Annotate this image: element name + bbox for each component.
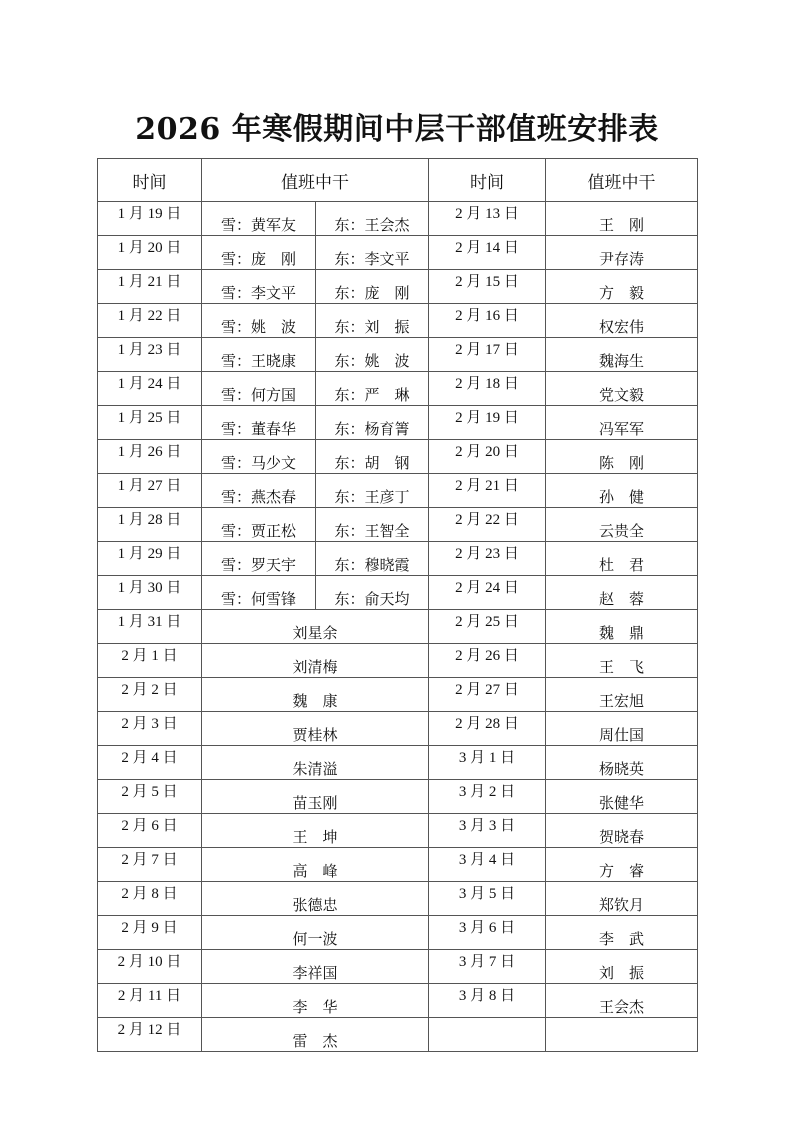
dong-duty-cell: 东：王彦丁: [316, 474, 429, 508]
table-row: 2 月 12 日雷 杰: [98, 1018, 698, 1052]
right-date-cell: 2 月 20 日: [429, 440, 546, 474]
left-date-cell: 1 月 21 日: [98, 270, 202, 304]
xue-duty-cell: 雪：庞 刚: [202, 236, 316, 270]
left-date-cell: 1 月 20 日: [98, 236, 202, 270]
table-row: 2 月 9 日何一波3 月 6 日李 武: [98, 916, 698, 950]
table-row: 2 月 11 日李 华3 月 8 日王会杰: [98, 984, 698, 1018]
right-date-cell: 3 月 1 日: [429, 746, 546, 780]
table-row: 1 月 26 日雪：马少文东：胡 钢2 月 20 日陈 刚: [98, 440, 698, 474]
left-date-cell: 1 月 22 日: [98, 304, 202, 338]
left-date-cell: 2 月 12 日: [98, 1018, 202, 1052]
left-date-cell: 1 月 24 日: [98, 372, 202, 406]
dong-duty-cell: 东：庞 刚: [316, 270, 429, 304]
right-date-cell: 2 月 23 日: [429, 542, 546, 576]
header-time-left: 时间: [98, 159, 202, 202]
dong-duty-cell: 东：王智全: [316, 508, 429, 542]
right-date-cell: 2 月 25 日: [429, 610, 546, 644]
left-duty-cell: 刘清梅: [202, 644, 429, 678]
right-date-cell: 2 月 28 日: [429, 712, 546, 746]
table-row: 2 月 3 日贾桂林2 月 28 日周仕国: [98, 712, 698, 746]
right-duty-cell: 王 飞: [546, 644, 698, 678]
right-duty-cell: 冯军军: [546, 406, 698, 440]
dong-duty-cell: 东：王会杰: [316, 202, 429, 236]
left-date-cell: 1 月 30 日: [98, 576, 202, 610]
right-duty-cell: 魏海生: [546, 338, 698, 372]
table-row: 2 月 2 日魏 康2 月 27 日王宏旭: [98, 678, 698, 712]
header-time-right: 时间: [429, 159, 546, 202]
left-date-cell: 1 月 28 日: [98, 508, 202, 542]
left-date-cell: 1 月 25 日: [98, 406, 202, 440]
xue-duty-cell: 雪：马少文: [202, 440, 316, 474]
table-row: 2 月 1 日刘清梅2 月 26 日王 飞: [98, 644, 698, 678]
left-date-cell: 2 月 8 日: [98, 882, 202, 916]
table-row: 1 月 21 日雪：李文平东：庞 刚2 月 15 日方 毅: [98, 270, 698, 304]
left-date-cell: 2 月 5 日: [98, 780, 202, 814]
xue-duty-cell: 雪：何雪锋: [202, 576, 316, 610]
right-date-cell: 3 月 3 日: [429, 814, 546, 848]
xue-duty-cell: 雪：黄军友: [202, 202, 316, 236]
right-duty-cell: 云贵全: [546, 508, 698, 542]
right-duty-cell: 刘 振: [546, 950, 698, 984]
left-date-cell: 1 月 19 日: [98, 202, 202, 236]
right-duty-cell: 党文毅: [546, 372, 698, 406]
table-row: 1 月 28 日雪：贾正松东：王智全2 月 22 日云贵全: [98, 508, 698, 542]
right-date-cell: 3 月 2 日: [429, 780, 546, 814]
right-duty-cell: 方 睿: [546, 848, 698, 882]
duty-roster-table: 时间 值班中干 时间 值班中干 1 月 19 日雪：黄军友东：王会杰2 月 13…: [97, 158, 698, 1052]
left-date-cell: 2 月 9 日: [98, 916, 202, 950]
right-date-cell: 3 月 4 日: [429, 848, 546, 882]
left-date-cell: 2 月 10 日: [98, 950, 202, 984]
right-date-cell: 2 月 27 日: [429, 678, 546, 712]
left-date-cell: 1 月 27 日: [98, 474, 202, 508]
right-date-cell: 2 月 18 日: [429, 372, 546, 406]
right-date-cell: 3 月 8 日: [429, 984, 546, 1018]
right-duty-cell: 魏 鼎: [546, 610, 698, 644]
dong-duty-cell: 东：姚 波: [316, 338, 429, 372]
right-date-cell: 2 月 16 日: [429, 304, 546, 338]
right-duty-cell: 王 刚: [546, 202, 698, 236]
right-duty-cell: 张健华: [546, 780, 698, 814]
table-row: 1 月 25 日雪：董春华东：杨育箐2 月 19 日冯军军: [98, 406, 698, 440]
table-row: 1 月 19 日雪：黄军友东：王会杰2 月 13 日王 刚: [98, 202, 698, 236]
left-duty-cell: 何一波: [202, 916, 429, 950]
dong-duty-cell: 东：杨育箐: [316, 406, 429, 440]
right-date-cell: 2 月 24 日: [429, 576, 546, 610]
left-duty-cell: 朱清溢: [202, 746, 429, 780]
xue-duty-cell: 雪：贾正松: [202, 508, 316, 542]
left-date-cell: 1 月 26 日: [98, 440, 202, 474]
xue-duty-cell: 雪：罗天宇: [202, 542, 316, 576]
xue-duty-cell: 雪：何方国: [202, 372, 316, 406]
table-row: 1 月 31 日刘星余2 月 25 日魏 鼎: [98, 610, 698, 644]
dong-duty-cell: 东：刘 振: [316, 304, 429, 338]
dong-duty-cell: 东：俞天均: [316, 576, 429, 610]
right-duty-cell: 贺晓春: [546, 814, 698, 848]
right-duty-cell: 郑钦月: [546, 882, 698, 916]
left-duty-cell: 苗玉刚: [202, 780, 429, 814]
right-date-cell: 2 月 15 日: [429, 270, 546, 304]
left-date-cell: 1 月 31 日: [98, 610, 202, 644]
table-row: 1 月 29 日雪：罗天宇东：穆晓霞2 月 23 日杜 君: [98, 542, 698, 576]
right-duty-cell: 尹存涛: [546, 236, 698, 270]
left-duty-cell: 李 华: [202, 984, 429, 1018]
table-row: 2 月 10 日李祥国3 月 7 日刘 振: [98, 950, 698, 984]
table-row: 2 月 6 日王 坤3 月 3 日贺晓春: [98, 814, 698, 848]
left-duty-cell: 张德忠: [202, 882, 429, 916]
right-date-cell: 2 月 14 日: [429, 236, 546, 270]
left-duty-cell: 李祥国: [202, 950, 429, 984]
left-date-cell: 2 月 6 日: [98, 814, 202, 848]
right-date-cell: 2 月 13 日: [429, 202, 546, 236]
table-row: 2 月 7 日高 峰3 月 4 日方 睿: [98, 848, 698, 882]
right-date-cell: 2 月 26 日: [429, 644, 546, 678]
left-date-cell: 1 月 23 日: [98, 338, 202, 372]
right-date-cell: [429, 1018, 546, 1052]
left-date-cell: 2 月 11 日: [98, 984, 202, 1018]
right-date-cell: 2 月 22 日: [429, 508, 546, 542]
right-date-cell: 3 月 5 日: [429, 882, 546, 916]
right-duty-cell: 李 武: [546, 916, 698, 950]
left-duty-cell: 贾桂林: [202, 712, 429, 746]
right-duty-cell: 王宏旭: [546, 678, 698, 712]
header-duty-left: 值班中干: [202, 159, 429, 202]
xue-duty-cell: 雪：李文平: [202, 270, 316, 304]
right-duty-cell: 王会杰: [546, 984, 698, 1018]
right-date-cell: 2 月 21 日: [429, 474, 546, 508]
left-duty-cell: 王 坤: [202, 814, 429, 848]
xue-duty-cell: 雪：姚 波: [202, 304, 316, 338]
table-row: 1 月 20 日雪：庞 刚东：李文平2 月 14 日尹存涛: [98, 236, 698, 270]
dong-duty-cell: 东：穆晓霞: [316, 542, 429, 576]
right-date-cell: 3 月 7 日: [429, 950, 546, 984]
right-duty-cell: 杜 君: [546, 542, 698, 576]
xue-duty-cell: 雪：王晓康: [202, 338, 316, 372]
header-duty-right: 值班中干: [546, 159, 698, 202]
left-date-cell: 2 月 2 日: [98, 678, 202, 712]
table-row: 1 月 23 日雪：王晓康东：姚 波2 月 17 日魏海生: [98, 338, 698, 372]
table-row: 2 月 5 日苗玉刚3 月 2 日张健华: [98, 780, 698, 814]
left-date-cell: 2 月 1 日: [98, 644, 202, 678]
xue-duty-cell: 雪：燕杰春: [202, 474, 316, 508]
right-duty-cell: 赵 蓉: [546, 576, 698, 610]
right-duty-cell: 杨晓英: [546, 746, 698, 780]
xue-duty-cell: 雪：董春华: [202, 406, 316, 440]
table-row: 1 月 27 日雪：燕杰春东：王彦丁2 月 21 日孙 健: [98, 474, 698, 508]
dong-duty-cell: 东：胡 钢: [316, 440, 429, 474]
right-duty-cell: 方 毅: [546, 270, 698, 304]
right-date-cell: 2 月 17 日: [429, 338, 546, 372]
right-date-cell: 3 月 6 日: [429, 916, 546, 950]
dong-duty-cell: 东：严 琳: [316, 372, 429, 406]
header-row: 时间 值班中干 时间 值班中干: [98, 159, 698, 202]
right-duty-cell: 权宏伟: [546, 304, 698, 338]
left-date-cell: 1 月 29 日: [98, 542, 202, 576]
left-duty-cell: 雷 杰: [202, 1018, 429, 1052]
left-date-cell: 2 月 4 日: [98, 746, 202, 780]
table-row: 1 月 22 日雪：姚 波东：刘 振2 月 16 日权宏伟: [98, 304, 698, 338]
left-duty-cell: 高 峰: [202, 848, 429, 882]
left-duty-cell: 魏 康: [202, 678, 429, 712]
right-duty-cell: 周仕国: [546, 712, 698, 746]
table-row: 2 月 8 日张德忠3 月 5 日郑钦月: [98, 882, 698, 916]
document-title: 2026 年寒假期间中层干部值班安排表: [0, 104, 794, 148]
left-date-cell: 2 月 3 日: [98, 712, 202, 746]
left-duty-cell: 刘星余: [202, 610, 429, 644]
right-date-cell: 2 月 19 日: [429, 406, 546, 440]
table-row: 1 月 24 日雪：何方国东：严 琳2 月 18 日党文毅: [98, 372, 698, 406]
right-duty-cell: [546, 1018, 698, 1052]
table-row: 2 月 4 日朱清溢3 月 1 日杨晓英: [98, 746, 698, 780]
right-duty-cell: 陈 刚: [546, 440, 698, 474]
left-date-cell: 2 月 7 日: [98, 848, 202, 882]
dong-duty-cell: 东：李文平: [316, 236, 429, 270]
table-row: 1 月 30 日雪：何雪锋东：俞天均2 月 24 日赵 蓉: [98, 576, 698, 610]
right-duty-cell: 孙 健: [546, 474, 698, 508]
